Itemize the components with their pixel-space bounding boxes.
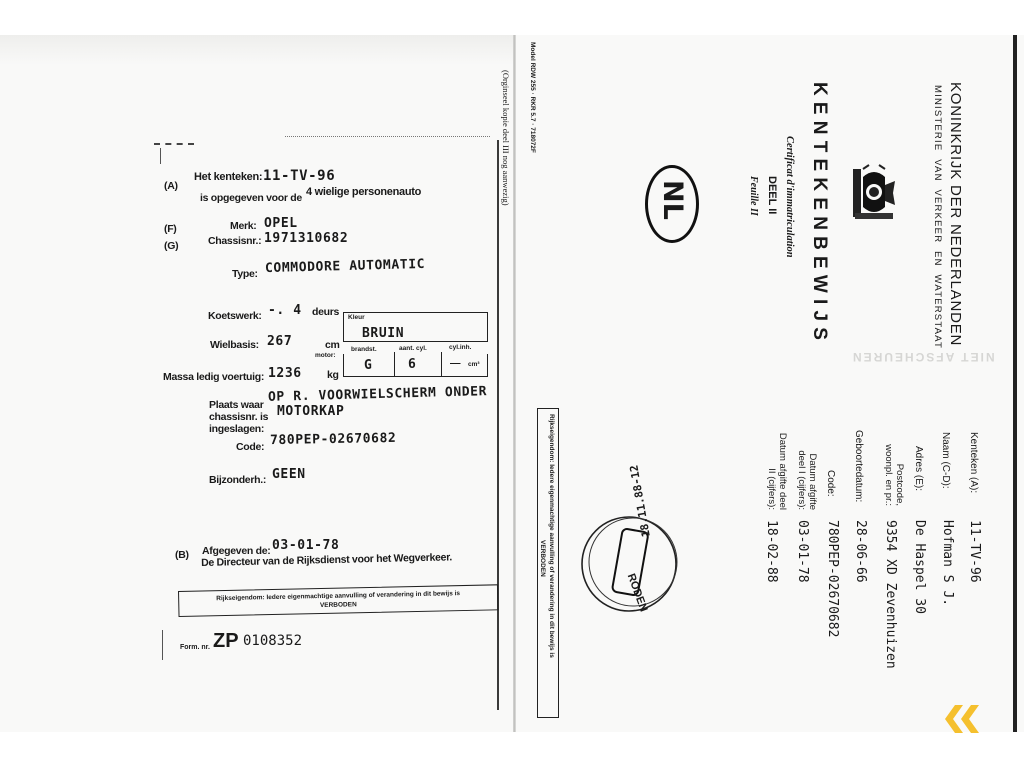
chassis-location-value-2: MOTORKAP <box>277 404 344 419</box>
part-label: DEEL II <box>766 176 778 214</box>
cylinders-value: 6 <box>408 357 416 372</box>
mass-label: Massa ledig voertuig: <box>163 371 264 383</box>
coat-of-arms-icon <box>849 163 899 223</box>
wheelbase-label: Wielbasis: <box>210 339 259 351</box>
mass-value: 1236 <box>268 366 302 381</box>
body-unit: deurs <box>312 306 339 318</box>
particulars-value: GEEN <box>272 467 306 482</box>
colour-value: BRUIN <box>362 326 404 341</box>
field-value-plate: 11-TV-96 <box>967 520 982 583</box>
capacity-label: cyl.inh. <box>449 344 471 351</box>
center-notice-line-2: VERBODEN <box>539 540 546 577</box>
chassis-location-label-2: chassisnr. is <box>209 411 268 423</box>
wheelbase-unit: cm <box>325 339 340 351</box>
kingdom-title: KONINKRIJK DER NEDERLANDEN <box>947 82 964 346</box>
post-stamp <box>577 510 683 616</box>
field-value-address: De Haspel 30 <box>912 520 927 614</box>
code-value: 780PEP-02670682 <box>270 431 397 448</box>
form-number-label: Form. nr. <box>180 644 210 651</box>
field-label-name: Naam (C-D): <box>940 432 951 489</box>
field-label-postcode: Postcode, woonpl. en pr.: <box>883 430 905 506</box>
particulars-label: Bijzonderh.: <box>209 474 266 486</box>
colour-label: Kleur <box>348 314 365 321</box>
copy-note: (Orginseel kopie deel III nog aanwezig) <box>501 70 511 206</box>
document-subtitle: Certificat d'immatriculation <box>784 136 795 258</box>
issued-for-value: 4 wielige personenauto <box>306 186 421 198</box>
part-label-fr: Feuille II <box>748 176 759 216</box>
ministry-title: MINISTERIE VAN VERKEER EN WATERSTAAT <box>932 85 943 349</box>
document-title: KENTEKENBEWIJS <box>808 82 830 346</box>
field-value-date-part1: 03-01-78 <box>795 520 810 583</box>
marker-b: (B) <box>175 549 189 561</box>
type-label: Type: <box>232 268 258 280</box>
card-edge <box>497 140 499 710</box>
card-edge <box>162 630 163 660</box>
marker-g: (G) <box>164 240 178 252</box>
field-label-date-part2: Datum afgifte deel II (cijfers): <box>766 432 788 510</box>
card-edge <box>285 136 490 137</box>
chassis-label: Chassisnr.: <box>208 235 261 247</box>
field-label-plate: Kenteken (A): <box>968 432 979 493</box>
field-value-postcode: 9354 XD Zevenhuizen <box>883 520 898 669</box>
brand-label: Merk: <box>230 220 257 232</box>
field-label-code: Code: <box>825 470 836 497</box>
card-edge <box>160 148 161 164</box>
motor-label: motor: <box>315 352 336 359</box>
wheelbase-value: 267 <box>267 334 292 349</box>
page-fold <box>513 35 516 732</box>
motor-divider <box>441 352 442 376</box>
field-value-date-part2: 18-02-88 <box>764 520 779 583</box>
double-chevron-left-icon <box>945 705 985 733</box>
capacity-unit: cm³ <box>468 361 480 368</box>
fuel-value: G <box>364 358 372 373</box>
brand-value: OPEL <box>264 216 298 231</box>
issued-for-label: is opgegeven voor de <box>200 192 302 204</box>
capacity-value: — <box>450 357 460 369</box>
form-number-prefix: ZP <box>213 630 239 653</box>
chassis-location-label-1: Plaats waar <box>209 399 264 411</box>
plate-value: 11-TV-96 <box>263 168 335 184</box>
plate-label: Het kenteken: <box>194 171 262 183</box>
body-value: -. 4 <box>268 303 302 318</box>
cylinders-label: aant. cyl. <box>399 345 427 352</box>
issued-value: 03-01-78 <box>272 538 339 553</box>
code-label: Code: <box>236 441 264 453</box>
field-label-birthdate: Geboortedatum: <box>853 430 864 502</box>
field-label-date-part1: Datum afgifte deel I (cijfers): <box>796 440 818 510</box>
chassis-location-label-3: ingeslagen: <box>209 423 264 435</box>
mass-unit: kg <box>327 369 339 381</box>
form-number-value: 0108352 <box>243 633 302 649</box>
motor-divider <box>394 352 395 376</box>
body-label: Koetswerk: <box>208 310 262 322</box>
field-value-birthdate: 28-06-66 <box>853 520 868 583</box>
scanned-document <box>0 35 1024 732</box>
card-edge <box>154 143 194 147</box>
field-value-name: Hofman S J. <box>940 520 955 606</box>
scan-shadow <box>0 35 515 65</box>
fuel-label: brandst. <box>351 346 377 353</box>
field-value-code: 780PEP-02670682 <box>825 520 840 637</box>
model-code: Model RDW 255 · RKR 5.7 · 718072F <box>529 42 536 153</box>
field-label-address: Adres (E): <box>913 446 924 491</box>
marker-a: (A) <box>164 180 178 192</box>
center-notice-line-1: Rijkseigendom: Iedere eigenmachtige aanv… <box>548 414 555 658</box>
country-code: NL <box>657 180 688 220</box>
marker-f: (F) <box>164 223 177 235</box>
ghost-text: NIET AFSCHEUREN <box>851 350 995 364</box>
chassis-value: 1971310682 <box>264 231 348 246</box>
scan-edge <box>1013 35 1017 732</box>
